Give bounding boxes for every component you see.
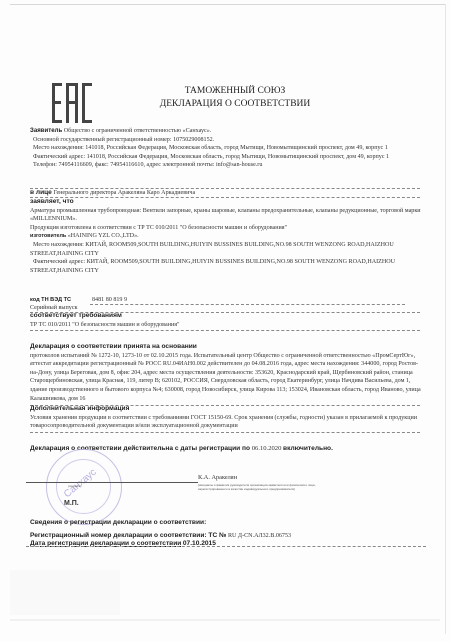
applicant-location: Место нахождения: 141018, Российская Фед…	[30, 144, 422, 153]
scan-bottom-edge	[10, 619, 440, 621]
title-line-1: ТАМОЖЕННЫЙ СОЮЗ	[130, 85, 340, 98]
declares-label: заявляет, что	[30, 198, 422, 207]
registration-title: Сведения о регистрации декларации о соот…	[30, 519, 422, 528]
scan-border-right	[445, 4, 446, 634]
registration-number-label: Регистрационный номер декларации о соотв…	[30, 532, 226, 539]
scan-bleed	[10, 570, 120, 615]
stamp-placeholder-label: М.П.	[64, 500, 79, 507]
document-title: ТАМОЖЕННЫЙ СОЮЗ ДЕКЛАРАЦИЯ О СООТВЕТСТВИ…	[130, 85, 340, 111]
declaration-document: ТАМОЖЕННЫЙ СОЮЗ ДЕКЛАРАЦИЯ О СООТВЕТСТВИ…	[0, 0, 450, 642]
validity-prefix: Декларация о соответствии действительна …	[30, 445, 250, 452]
registration-number: RU Д-CN.АЛ32.В.06753	[228, 533, 291, 539]
applicant-label: Заявитель	[30, 127, 62, 134]
applicant-contacts: Телефон: 74954116609, факс: 74954116610,…	[30, 161, 422, 170]
manufacturer-actual-address: Фактический адрес: КИТАЙ, ROOM509,SOUTH …	[30, 258, 422, 275]
divider	[30, 432, 420, 433]
applicant-name: Общество с ограниченной ответственностью…	[64, 128, 212, 134]
signatory-name: К.А. Аракелян	[198, 474, 237, 481]
represented-by-value: Генерального директора Аракеляна Каро Ар…	[53, 190, 195, 196]
declares-section: заявляет, что Арматура промышленная труб…	[30, 198, 422, 275]
basis-label: Декларация о соответствии принята на осн…	[30, 343, 422, 352]
basis-value: протоколов испытаний № 1272-10, 1273-10 …	[30, 352, 422, 404]
product-description: Арматура промышленная трубопроводная: Ве…	[30, 207, 422, 224]
company-seal-stamp: Санхаус	[46, 449, 122, 525]
registration-section: Сведения о регистрации декларации о соот…	[30, 519, 422, 549]
scan-border-top	[10, 4, 446, 5]
validity-suffix: включительно.	[283, 445, 333, 452]
eac-logo-icon	[52, 83, 94, 123]
additional-value: Условия хранения продукции в соответстви…	[30, 414, 422, 431]
title-line-2: ДЕКЛАРАЦИЯ О СООТВЕТСТВИИ	[130, 98, 340, 111]
signature-line	[26, 482, 198, 483]
signatory-caption: (инициалы и фамилия руководителя организ…	[198, 484, 338, 491]
divider	[26, 546, 426, 547]
applicant-actual-address: Фактический адрес: 141018, Российская Фе…	[30, 153, 422, 162]
complies-section: соответствует требованиям ТР ТС 010/2011…	[30, 312, 422, 329]
complies-label: соответствует требованиям	[30, 312, 422, 321]
additional-section: Дополнительная информация Условия хранен…	[30, 405, 422, 431]
additional-label: Дополнительная информация	[30, 405, 422, 414]
divider	[30, 330, 420, 331]
manufacturer-name: «HAINING YZL CO.,LTD».	[68, 233, 139, 239]
complies-value: ТР ТС 010/2011 "О безопасности машин и о…	[30, 321, 422, 330]
applicant-ogrn: Основной государственный регистрационный…	[30, 136, 422, 145]
product-standard: Продукция изготовлена в соответствии с Т…	[30, 224, 422, 233]
basis-section: Декларация о соответствии принята на осн…	[30, 343, 422, 403]
manufacturer-location: Место нахождения: КИТАЙ, ROOM509,SOUTH B…	[30, 241, 422, 258]
applicant-section: Заявитель Общество с ограниченной ответс…	[30, 127, 422, 170]
validity-date: 06.10.2020	[252, 445, 282, 452]
represented-by-label: в лице	[30, 189, 52, 196]
tnved-code: 8481 80 819 9	[92, 297, 127, 303]
signature-caption: (подпись)	[68, 485, 81, 489]
manufacturer-label: изготовитель	[30, 233, 66, 239]
